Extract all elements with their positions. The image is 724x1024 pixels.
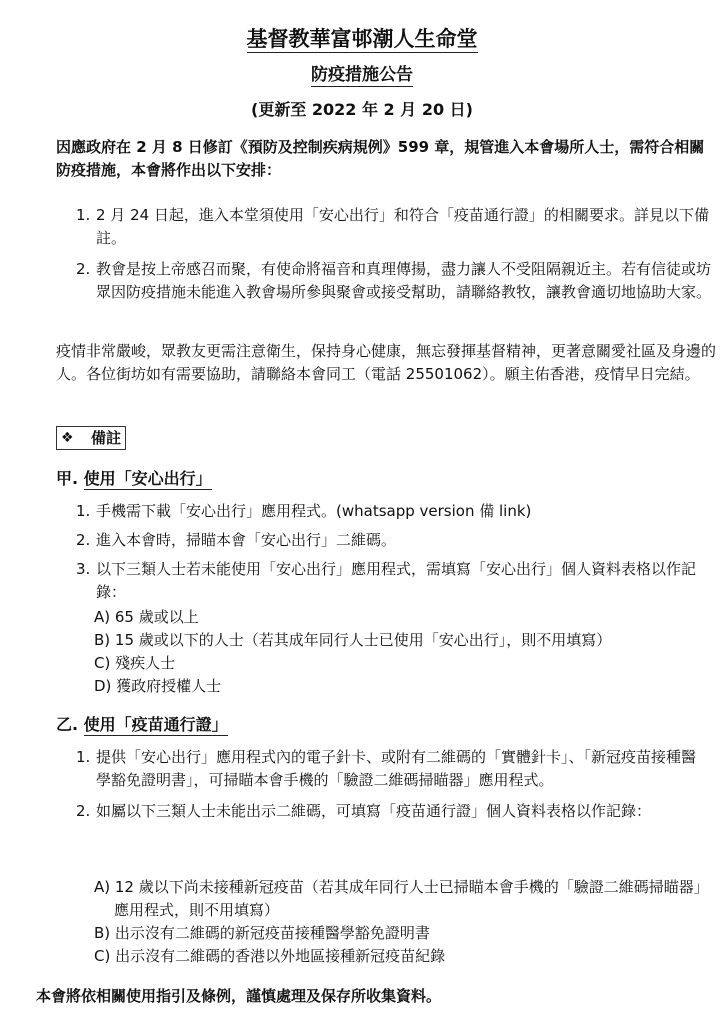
arrangements-list: 1. 2 月 24 日起，進入本堂須使用「安心出行」和符合「疫苗通行證」的相關要… <box>76 204 716 312</box>
item-text: 教會是按上帝感召而聚，有使命將福音和真理傳揚，盡力讓人不受阻隔親近主。若有信徒或… <box>96 258 716 304</box>
item-text: 如屬以下三類人士未能出示二維碼，可填寫「疫苗通行證」個人資料表格以作記錄： <box>96 800 706 823</box>
sub-item: D) 獲政府授權人士 <box>94 675 704 698</box>
list-item: 1. 2 月 24 日起，進入本堂須使用「安心出行」和符合「疫苗通行證」的相關要… <box>76 204 716 250</box>
section-b-sublist: A) 12 歲以下尚未接種新冠疫苗（若其成年同行人士已掃瞄本會手機的「驗證二維碼… <box>94 876 704 968</box>
footer-note: 本會將依相關使用指引及條例，謹慎處理及保存所收集資料。 <box>36 985 441 1007</box>
section-b-list: 1. 提供「安心出行」應用程式內的電子針卡、或附有二維碼的「實體針卡」、「新冠疫… <box>76 746 706 831</box>
section-a-list: 1. 手機需下載「安心出行」應用程式。(whatsapp version 備 l… <box>76 500 706 612</box>
sub-item: C) 出示沒有二維碼的香港以外地區接種新冠疫苗紀錄 <box>94 945 704 968</box>
list-item: 1. 提供「安心出行」應用程式內的電子針卡、或附有二維碼的「實體針卡」、「新冠疫… <box>76 746 706 792</box>
epidemic-paragraph: 疫情非常嚴峻，眾教友更需注意衛生，保持身心健康，無忘發揮基督精神，更著意關愛社區… <box>56 340 716 386</box>
sub-item: C) 殘疾人士 <box>94 652 704 675</box>
item-number: 1. <box>76 746 96 792</box>
section-a-heading: 甲. 使用「安心出行」 <box>56 468 212 490</box>
notice-title-text: 防疫措施公告 <box>311 65 413 87</box>
sub-item: A) 12 歲以下尚未接種新冠疫苗（若其成年同行人士已掃瞄本會手機的「驗證二維碼… <box>94 876 704 922</box>
church-title-text: 基督教華富邨潮人生命堂 <box>247 27 478 53</box>
sub-item: B) 出示沒有二維碼的新冠疫苗接種醫學豁免證明書 <box>94 922 704 945</box>
section-b-heading: 乙. 使用「疫苗通行證」 <box>56 714 228 736</box>
updated-date: (更新至 2022 年 2 月 20 日) <box>0 99 724 121</box>
list-item: 2. 進入本會時，掃瞄本會「安心出行」二維碼。 <box>76 529 706 552</box>
sub-item: A) 65 歲或以上 <box>94 606 704 629</box>
item-number: 2. <box>76 800 96 823</box>
list-item: 2. 教會是按上帝感召而聚，有使命將福音和真理傳揚，盡力讓人不受阻隔親近主。若有… <box>76 258 716 304</box>
section-b-prefix: 乙. <box>56 715 78 734</box>
list-item: 1. 手機需下載「安心出行」應用程式。(whatsapp version 備 l… <box>76 500 706 523</box>
diamond-bullet-icon: ❖ <box>61 427 91 449</box>
item-text: 提供「安心出行」應用程式內的電子針卡、或附有二維碼的「實體針卡」、「新冠疫苗接種… <box>96 746 706 792</box>
list-item: 3. 以下三類人士若未能使用「安心出行」應用程式，需填寫「安心出行」個人資料表格… <box>76 558 706 604</box>
section-a-prefix: 甲. <box>56 469 78 488</box>
item-text: 2 月 24 日起，進入本堂須使用「安心出行」和符合「疫苗通行證」的相關要求。詳… <box>96 204 716 250</box>
section-b-title: 使用「疫苗通行證」 <box>84 715 228 736</box>
item-text: 以下三類人士若未能使用「安心出行」應用程式，需填寫「安心出行」個人資料表格以作記… <box>96 558 706 604</box>
notes-heading: ❖ 備註 <box>56 426 126 450</box>
church-title: 基督教華富邨潮人生命堂 <box>0 26 724 52</box>
item-number: 2. <box>76 258 96 304</box>
item-number: 2. <box>76 529 96 552</box>
section-a-title: 使用「安心出行」 <box>84 469 212 490</box>
item-number: 1. <box>76 500 96 523</box>
notice-title: 防疫措施公告 <box>0 64 724 86</box>
item-number: 3. <box>76 558 96 604</box>
section-a-sublist: A) 65 歲或以上 B) 15 歲或以下的人士（若其成年同行人士已使用「安心出… <box>94 606 704 698</box>
item-text: 進入本會時，掃瞄本會「安心出行」二維碼。 <box>96 529 706 552</box>
list-item: 2. 如屬以下三類人士未能出示二維碼，可填寫「疫苗通行證」個人資料表格以作記錄： <box>76 800 706 823</box>
item-text: 手機需下載「安心出行」應用程式。(whatsapp version 備 link… <box>96 500 706 523</box>
notes-label: 備註 <box>91 427 121 449</box>
sub-item: B) 15 歲或以下的人士（若其成年同行人士已使用「安心出行」，則不用填寫） <box>94 629 704 652</box>
item-number: 1. <box>76 204 96 250</box>
intro-paragraph: 因應政府在 2 月 8 日修訂《預防及控制疾病規例》599 章，規管進入本會場所… <box>56 136 706 182</box>
